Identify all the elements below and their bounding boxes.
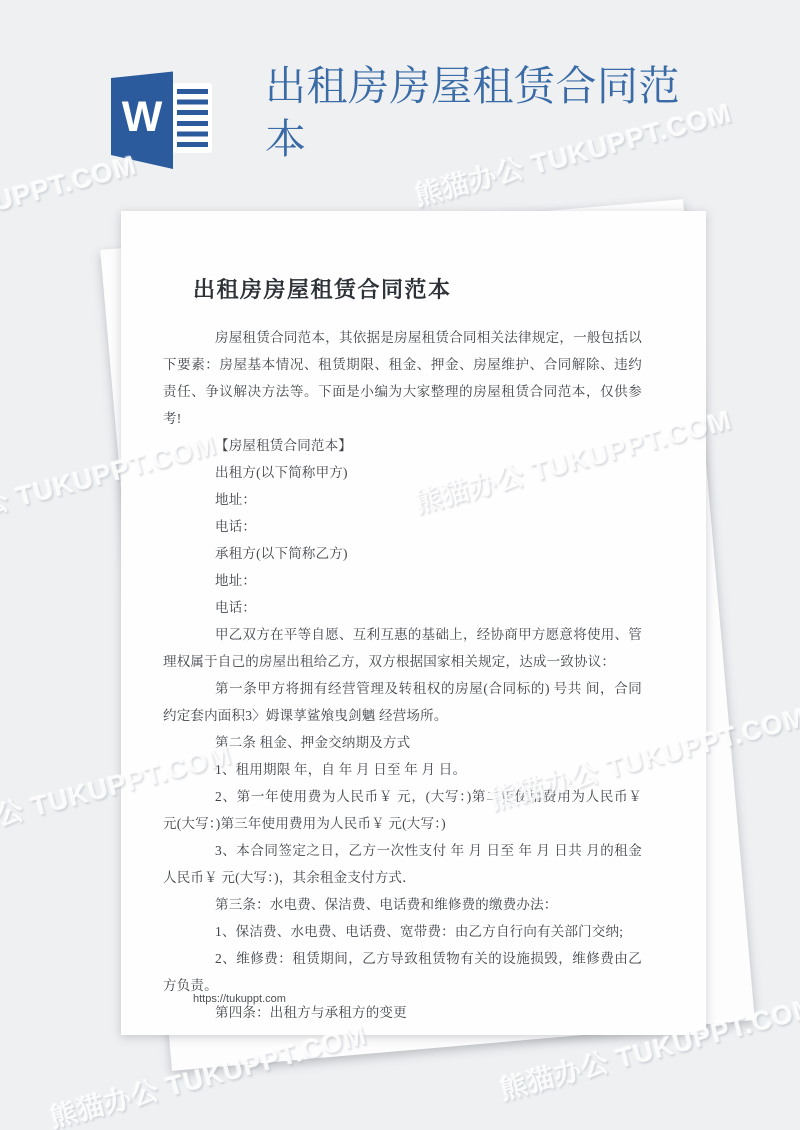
word-letter: W: [122, 96, 163, 139]
document-paragraph: 电话：: [163, 594, 642, 621]
document-title: 出租房房屋租赁合同范本: [193, 273, 642, 304]
document-paragraph: 3、本合同签定之日，乙方一次性支付 年 月 日至 年 月 日共 月的租金人民币￥…: [163, 837, 642, 891]
document-paragraph: 2、维修费：租赁期间，乙方导致租赁物有关的设施损毁，维修费由乙方负责。: [163, 945, 642, 999]
document-paragraph: 第三条：水电费、保洁费、电话费和维修费的缴费办法：: [163, 891, 642, 918]
word-icon: W: [111, 70, 215, 170]
document-body: 房屋租赁合同范本，其依据是房屋租赁合同相关法律规定，一般包括以下要素：房屋基本情…: [163, 324, 642, 1026]
document-paragraph: 甲乙双方在平等自愿、互利互惠的基础上，经协商甲方愿意将使用、管理权属于自己的房屋…: [163, 621, 642, 675]
document-paragraph: 1、保洁费、水电费、电话费、宽带费：由乙方自行向有关部门交纳;: [163, 918, 642, 945]
header: W 出租房房屋租赁合同范本: [0, 0, 800, 195]
word-icon-cover: W: [111, 70, 173, 170]
document-paragraph: 【房屋租赁合同范本】: [163, 432, 642, 459]
word-icon-lines: [177, 89, 208, 147]
document-paragraph: 2、第一年使用费为人民币￥ 元，(大写：)第二年使用费用为人民币￥ 元(大写：)…: [163, 783, 642, 837]
result-title: 出租房房屋租赁合同范本: [265, 60, 701, 166]
document-paragraph: 出租方(以下简称甲方): [163, 459, 642, 486]
document-paragraph: 房屋租赁合同范本，其依据是房屋租赁合同相关法律规定，一般包括以下要素：房屋基本情…: [163, 324, 642, 432]
document-paragraph: 地址：: [163, 486, 642, 513]
document-paragraph: 第二条 租金、押金交纳期及方式: [163, 729, 642, 756]
document-paragraph: 电话：: [163, 513, 642, 540]
document-paragraph: 承租方(以下简称乙方): [163, 540, 642, 567]
document-footer-url: https://tukuppt.com: [193, 993, 286, 1005]
document-paragraph: 地址：: [163, 567, 642, 594]
document-paragraph: 第一条甲方将拥有经营管理及转租权的房屋(合同标的) 号共 间，合同约定套内面积3…: [163, 675, 642, 729]
document-page: 出租房房屋租赁合同范本 房屋租赁合同范本，其依据是房屋租赁合同相关法律规定，一般…: [121, 211, 706, 1035]
document-paragraph: 1、租用期限 年，自 年 月 日至 年 月 日。: [163, 756, 642, 783]
word-icon-page: [173, 83, 212, 153]
